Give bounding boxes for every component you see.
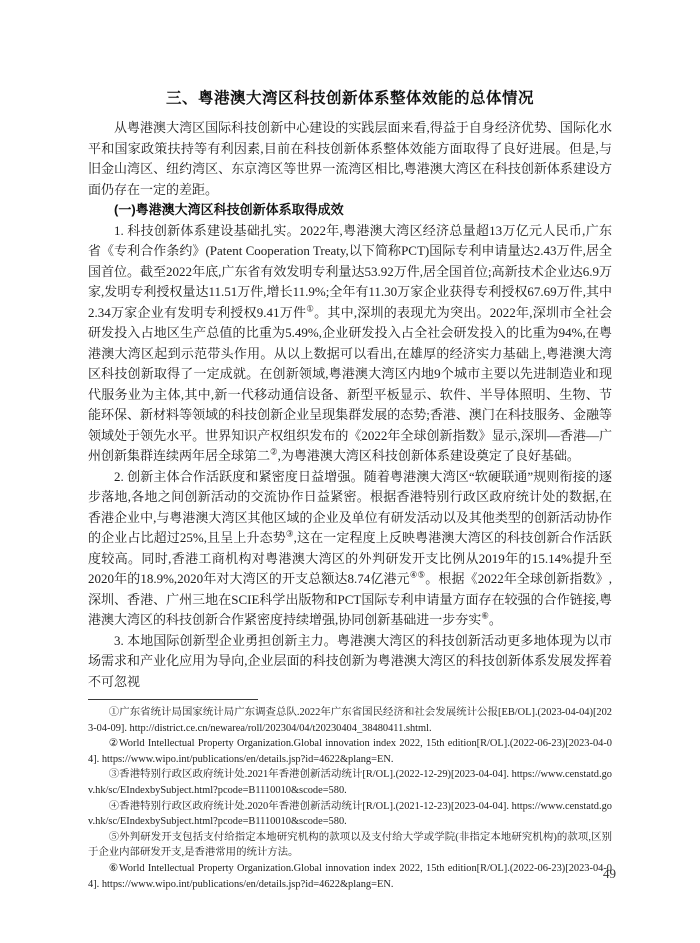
- footnote-ref: ③: [286, 529, 294, 539]
- footnote-item: ①广东省统计局国家统计局广东调查总队.2022年广东省国民经济和社会发展统计公报…: [88, 705, 612, 736]
- footnote-ref: ④⑤: [410, 570, 425, 580]
- text-column: 三、粤港澳大湾区科技创新体系整体效能的总体情况 从粤港澳大湾区国际科技创新中心建…: [88, 86, 612, 892]
- footnote-item: ②World Intellectual Property Organizatio…: [88, 736, 612, 767]
- footnote-ref: ②: [270, 447, 278, 457]
- footnote-item: ③香港特别行政区政府统计处.2021年香港创新活动统计[R/OL].(2022-…: [88, 767, 612, 798]
- footnote-item: ⑥World Intellectual Property Organizatio…: [88, 861, 612, 892]
- page-title: 三、粤港澳大湾区科技创新体系整体效能的总体情况: [88, 86, 612, 108]
- section-heading: (一)粤港澳大湾区科技创新体系取得成效: [88, 200, 612, 221]
- footnote-divider: [88, 699, 258, 700]
- page-number: 49: [603, 866, 616, 882]
- footnote-block: ①广东省统计局国家统计局广东调查总队.2022年广东省国民经济和社会发展统计公报…: [88, 705, 612, 892]
- paragraph-1: 1. 科技创新体系建设基础扎实。2022年,粤港澳大湾区经济总量超13万亿元人民…: [88, 221, 612, 467]
- footnote-ref: ①: [306, 303, 314, 313]
- document-page: 三、粤港澳大湾区科技创新体系整体效能的总体情况 从粤港澳大湾区国际科技创新中心建…: [0, 0, 700, 943]
- intro-paragraph: 从粤港澳大湾区国际科技创新中心建设的实践层面来看,得益于自身经济优势、国际化水平…: [88, 118, 612, 200]
- footnote-item: ⑤外判研发开支包括支付给指定本地研究机构的款项以及支付给大学或学院(非指定本地研…: [88, 830, 612, 861]
- paragraph-3: 3. 本地国际创新型企业勇担创新主力。粤港澳大湾区的科技创新活动更多地体现为以市…: [88, 631, 612, 693]
- footnote-item: ④香港特别行政区政府统计处.2020年香港创新活动统计[R/OL].(2021-…: [88, 799, 612, 830]
- paragraph-2: 2. 创新主体合作活跃度和紧密度日益增强。随着粤港澳大湾区“软硬联通”规则衔接的…: [88, 467, 612, 631]
- footnote-ref: ⑥: [481, 611, 489, 621]
